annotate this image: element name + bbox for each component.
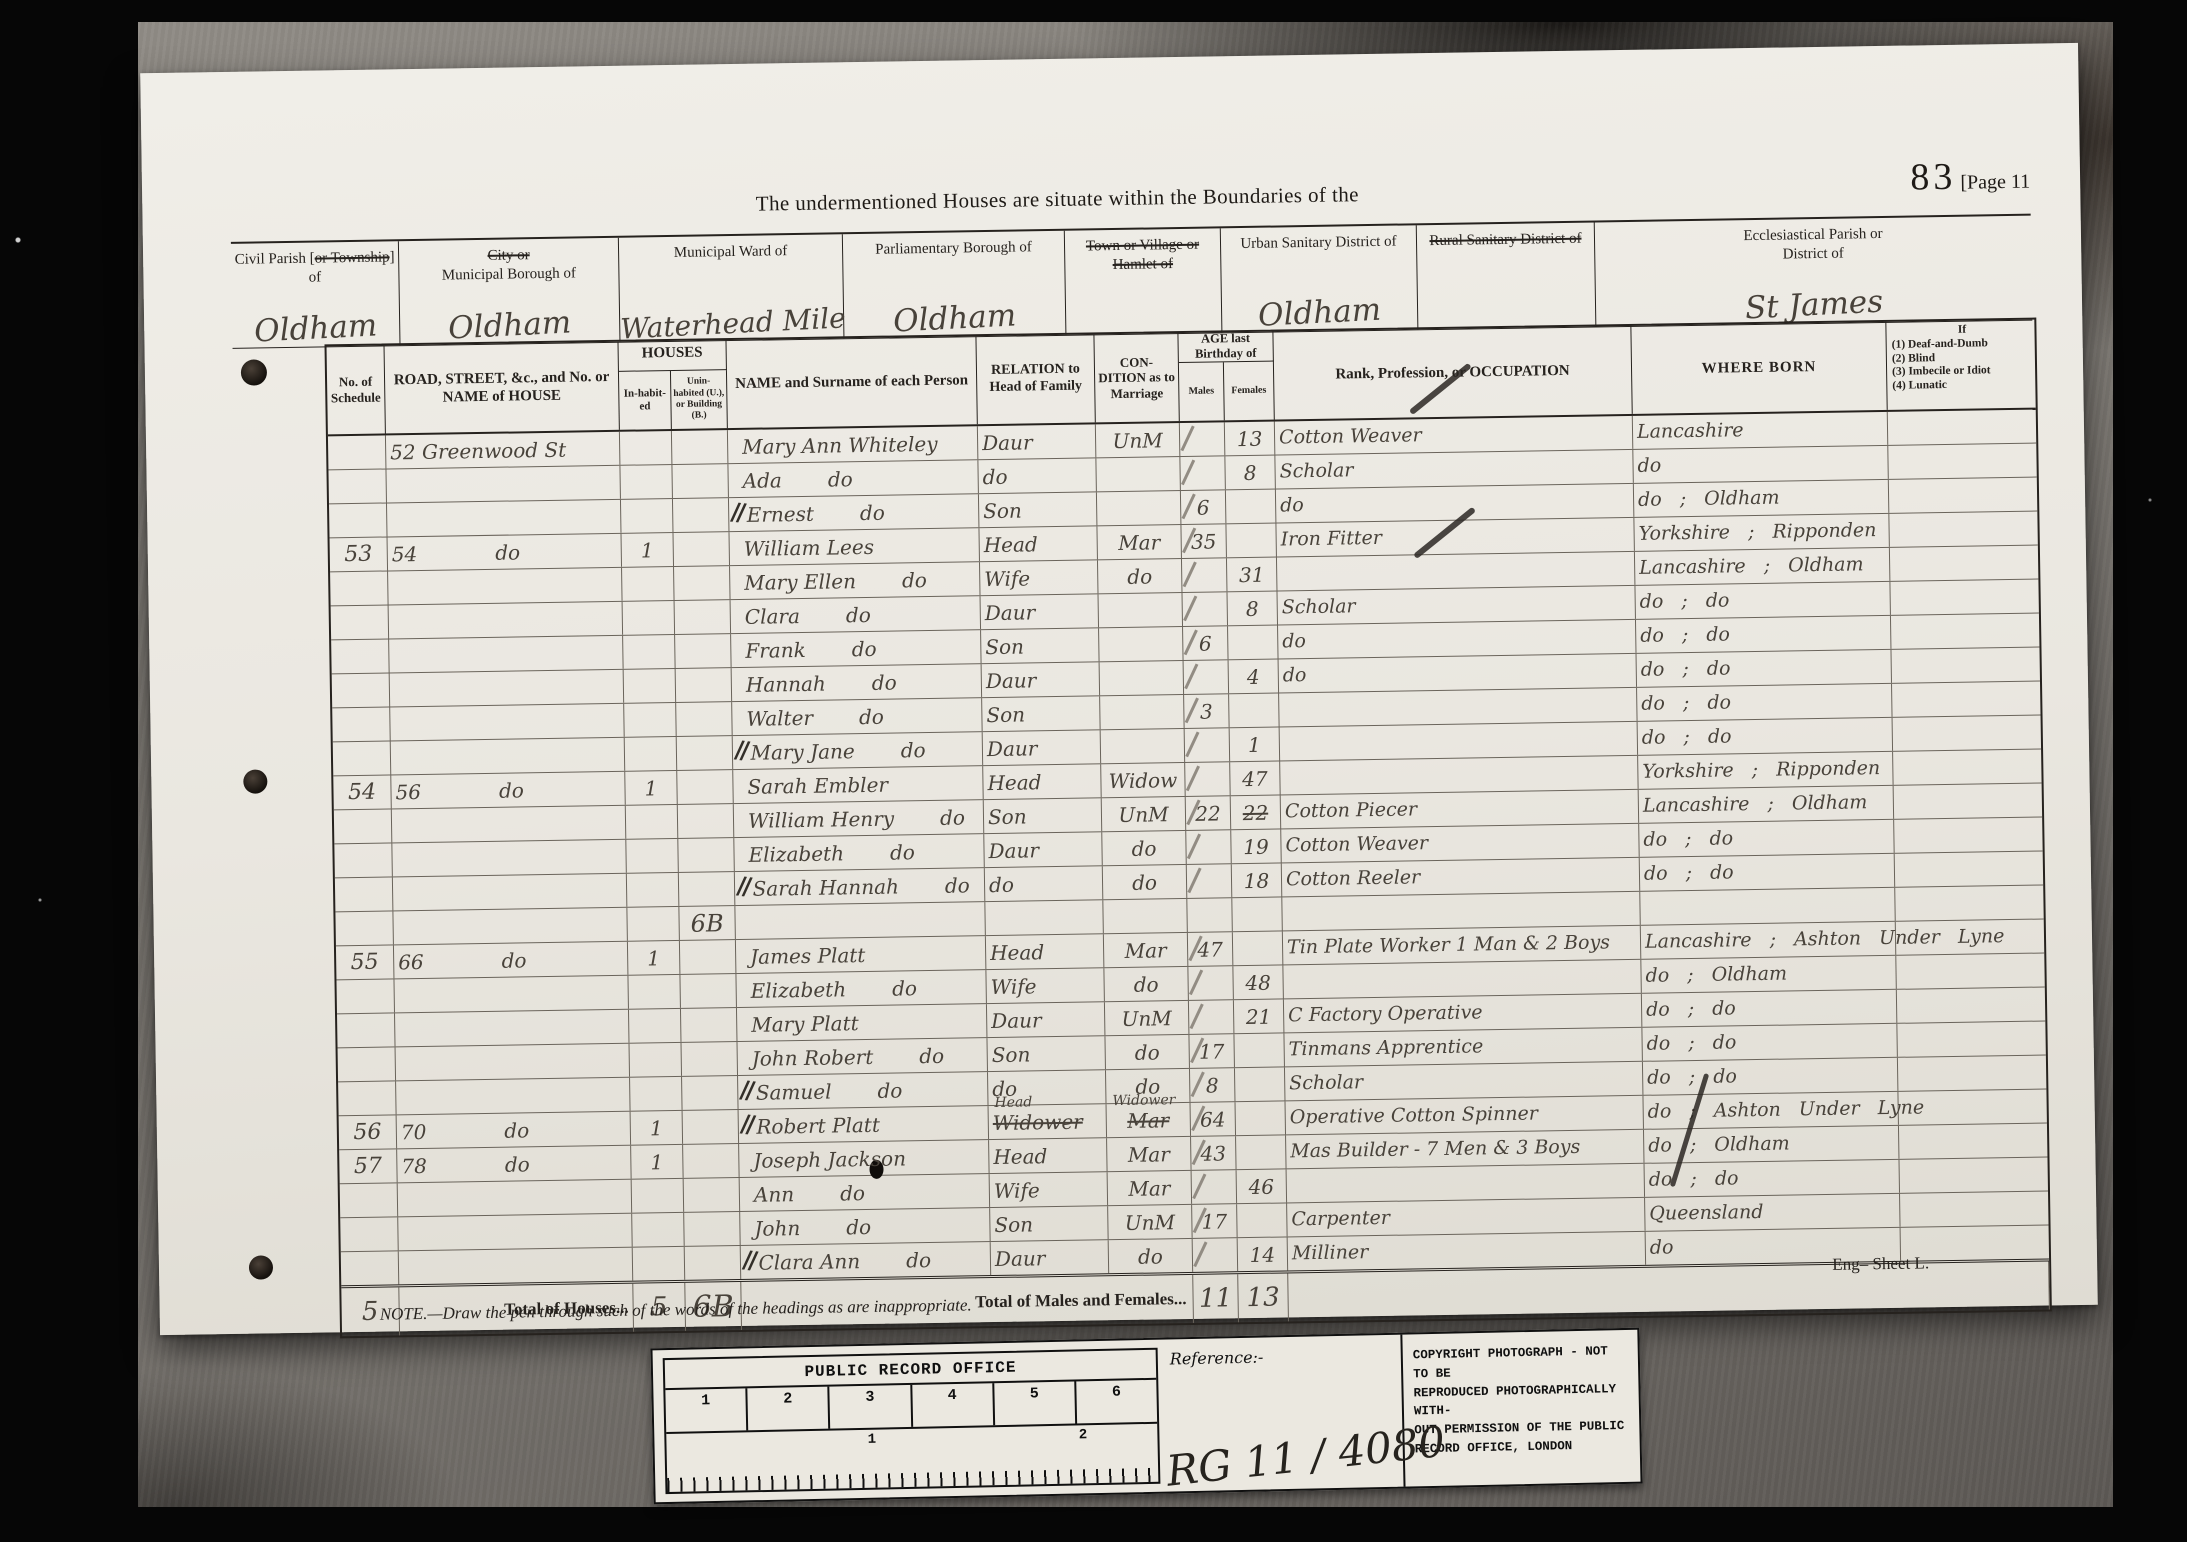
cell-inhabited	[627, 873, 680, 907]
cell-disability	[1899, 1123, 2048, 1158]
cell-schedule	[332, 673, 391, 707]
cell-where-born: do ; do	[1637, 650, 1892, 687]
cell-name: Elizabethdo	[734, 834, 984, 871]
cell-uninhabited	[677, 770, 734, 804]
cell-schedule	[336, 979, 395, 1013]
name-ditto: do	[906, 1250, 931, 1270]
cell-condition: Mar	[1107, 1137, 1192, 1171]
cell-where-born: Queensland	[1645, 1194, 1900, 1231]
cell-name: Joseph Jackson	[739, 1140, 989, 1177]
cell-schedule: 56	[339, 1115, 398, 1149]
cell-occupation: C Factory Operative	[1284, 994, 1642, 1033]
cell-age-male: 17	[1192, 1204, 1238, 1238]
cell-schedule	[328, 435, 387, 469]
cell-age-male	[1193, 1238, 1239, 1272]
road-ditto: do	[505, 1154, 530, 1174]
cell-age-female	[1237, 1203, 1288, 1237]
cell-age-female	[1236, 1101, 1287, 1135]
cell-name: ∕∕Mary Janedo	[733, 732, 983, 769]
cell-disability	[1894, 784, 2043, 819]
cell-inhabited	[627, 907, 680, 941]
cell-name: Adado	[728, 460, 978, 497]
cell-inhabited	[626, 839, 679, 873]
name-ditto: do	[902, 570, 927, 590]
cell-age-female	[1232, 897, 1283, 931]
household-end-mark: ∕∕	[741, 1247, 755, 1272]
cell-schedule	[332, 707, 391, 741]
header-municipal-ward: Municipal Ward of Waterhead Mile	[619, 234, 845, 342]
cell-age-female: 18	[1232, 863, 1283, 897]
col-header-disability: If (1) Deaf-and-Dumb (2) Blind (3) Imbec…	[1886, 320, 2035, 410]
cell-uninhabited	[683, 1110, 740, 1144]
cell-road	[393, 908, 627, 945]
col-header-where-born: WHERE BORN	[1631, 322, 1887, 414]
cell-age-male	[1182, 558, 1228, 592]
cell-age-female: 21	[1234, 999, 1285, 1033]
cell-where-born: do ; do	[1643, 1058, 1898, 1095]
punch-hole	[243, 769, 267, 793]
cell-inhabited: 1	[631, 1145, 684, 1179]
cell-relation: Son	[990, 1206, 1109, 1241]
cell-where-born: do ; do	[1635, 582, 1890, 619]
cell-road	[398, 1214, 632, 1251]
household-end-mark: ∕∕	[739, 1111, 753, 1136]
cell-age-male	[1192, 1170, 1238, 1204]
cell-relation: Head	[989, 1138, 1108, 1173]
cell-relation: Head	[983, 764, 1102, 799]
cell-occupation: Cotton Reeler	[1282, 858, 1640, 897]
cell-age-female	[1235, 1067, 1286, 1101]
cell-relation: Daur	[978, 424, 1097, 459]
cell-uninhabited	[682, 1076, 739, 1110]
ruler-cm-segment: 5	[994, 1381, 1077, 1425]
cell-name: William Henrydo	[734, 800, 984, 837]
cell-name: Walterdo	[732, 698, 982, 735]
corrected-text: Widower	[1112, 1093, 1175, 1108]
cell-age-female	[1228, 625, 1279, 659]
cell-condition: do	[1104, 967, 1189, 1001]
cell-road: 70do	[397, 1112, 631, 1149]
cell-road	[394, 976, 628, 1013]
ruler-cm-segment: 3	[830, 1385, 913, 1429]
cell-inhabited	[625, 737, 678, 771]
cell-road: 54do	[388, 534, 622, 571]
cell-disability	[1895, 852, 2044, 887]
cell-age-male	[1189, 1000, 1235, 1034]
cell-age-male	[1182, 592, 1228, 626]
cell-condition: do	[1103, 865, 1188, 899]
cell-inhabited: 1	[628, 941, 681, 975]
name-ditto: do	[890, 842, 915, 862]
cell-uninhabited	[684, 1178, 741, 1212]
cell-name: Mary Platt	[737, 1004, 987, 1041]
reference-value: RG 11 / 4080	[1164, 1417, 1447, 1496]
cell-occupation: Operative Cotton Spinner	[1285, 1096, 1643, 1135]
cell-occupation	[1283, 960, 1641, 999]
cell-disability	[1899, 1157, 2048, 1192]
col-header-females: Females	[1224, 362, 1275, 421]
cell-relation	[985, 900, 1104, 935]
household-end-mark: ∕∕	[733, 737, 747, 762]
cell-occupation	[1287, 1164, 1645, 1203]
cell-where-born: do ; Oldham	[1634, 480, 1889, 517]
page-title: The undermentioned Houses are situate wi…	[232, 174, 1882, 225]
cell-disability	[1897, 1021, 2046, 1056]
name-ditto: do	[852, 638, 877, 658]
cell-occupation: do	[1279, 654, 1637, 693]
cell-disability	[1893, 750, 2042, 785]
cell-condition	[1097, 491, 1182, 525]
cell-schedule	[329, 503, 388, 537]
cell-age-male	[1184, 660, 1230, 694]
cell-where-born: Lancashire ; Oldham	[1639, 786, 1894, 823]
cell-schedule	[335, 877, 394, 911]
cell-where-born: do ; do	[1636, 616, 1891, 653]
label-part: District of	[1783, 245, 1844, 262]
cell-uninhabited	[681, 1008, 738, 1042]
label-part: Civil Parish [	[235, 251, 315, 268]
cell-disability	[1888, 444, 2037, 479]
cell-schedule	[334, 843, 393, 877]
cell-road	[398, 1180, 632, 1217]
cell-schedule	[328, 469, 387, 503]
cell-uninhabited	[672, 464, 729, 498]
cell-age-female	[1236, 1135, 1287, 1169]
cell-schedule: 54	[333, 775, 392, 809]
cell-name: ∕∕Samueldo	[738, 1072, 988, 1109]
cell-schedule	[333, 741, 392, 775]
cell-schedule: 53	[330, 537, 389, 571]
cell-uninhabited	[678, 804, 735, 838]
cell-relation: Head	[986, 934, 1105, 969]
cell-inhabited	[632, 1213, 685, 1247]
cell-name: Clarado	[731, 596, 981, 633]
cell-age-female: 8	[1227, 591, 1278, 625]
cell-disability	[1898, 1055, 2047, 1090]
cell-disability	[1896, 953, 2045, 988]
cell-relation: Daur	[991, 1240, 1110, 1275]
cell-occupation: Carpenter	[1287, 1198, 1645, 1237]
cell-name: Johndo	[740, 1208, 990, 1245]
census-rows: 52 Greenwood StMary Ann WhiteleyDaurUnM1…	[328, 410, 2049, 1286]
cell-relation: Daur	[981, 594, 1100, 629]
cell-where-born: do ; Oldham	[1641, 956, 1896, 993]
col-header-road: ROAD, STREET, &c., and No. or NAME of HO…	[385, 342, 620, 434]
cell-age-female: 13	[1225, 422, 1276, 456]
cell-uninhabited	[675, 634, 732, 668]
struck-label: Town or Village or	[1086, 237, 1199, 255]
cell-road	[389, 602, 623, 639]
cell-age-male: 64	[1191, 1102, 1237, 1136]
cell-disability	[1888, 410, 2037, 445]
cell-age-female: 31	[1227, 558, 1278, 592]
cell-road	[396, 1044, 630, 1081]
road-ditto: do	[501, 950, 526, 970]
cell-condition: do	[1098, 559, 1183, 593]
cell-schedule	[331, 639, 390, 673]
cell-name: James Platt	[736, 936, 986, 973]
totals-blank	[1288, 1261, 2050, 1321]
cell-condition	[1101, 729, 1186, 763]
cell-inhabited	[626, 805, 679, 839]
cell-occupation	[1277, 552, 1635, 591]
cell-condition: UnM	[1096, 423, 1181, 457]
cell-inhabited	[629, 1009, 682, 1043]
cell-uninhabited	[680, 940, 737, 974]
cell-name: ∕∕Sarah Hannahdo	[735, 868, 985, 905]
total-females-value: 13	[1238, 1273, 1289, 1322]
ruler-cm-segment: 1	[665, 1388, 748, 1432]
cell-schedule	[341, 1251, 400, 1285]
col-header-males: Males	[1179, 362, 1225, 421]
reference-label: Reference:-	[1170, 1348, 1264, 1369]
cell-occupation: Mas Builder - 7 Men & 3 Boys	[1286, 1130, 1644, 1169]
cell-disability	[1895, 886, 2044, 921]
cell-relation: Daur	[987, 1002, 1106, 1037]
struck-label: Hamlet of	[1113, 256, 1174, 273]
cell-relation: Daur	[984, 832, 1103, 867]
name-ditto: do	[945, 875, 970, 895]
cell-uninhabited	[685, 1246, 742, 1280]
cell-age-female: 48	[1233, 965, 1284, 999]
cell-road	[392, 840, 626, 877]
cell-road	[395, 1010, 629, 1047]
cell-name	[735, 902, 985, 939]
cell-age-male: 17	[1189, 1034, 1235, 1068]
name-ditto: do	[901, 740, 926, 760]
cell-inhabited	[632, 1179, 685, 1213]
cell-disability	[1891, 648, 2040, 683]
cell-inhabited	[624, 669, 677, 703]
copyright-line: RECORD OFFICE, LONDON	[1415, 1436, 1630, 1459]
cell-road	[399, 1248, 633, 1285]
cell-schedule	[330, 571, 389, 605]
name-ditto: do	[872, 672, 897, 692]
cell-where-born: do ; do	[1638, 718, 1893, 755]
cell-schedule	[338, 1047, 397, 1081]
cell-age-male: 3	[1184, 694, 1230, 728]
cell-where-born: do ; do	[1642, 990, 1897, 1027]
cell-disability	[1891, 614, 2040, 649]
cell-condition	[1099, 627, 1184, 661]
cell-relation: Wife	[986, 968, 1105, 1003]
cell-where-born: Lancashire	[1633, 412, 1888, 449]
cell-where-born: Lancashire ; Oldham	[1635, 548, 1890, 585]
cell-occupation	[1280, 756, 1638, 795]
header-parliamentary-borough: Parliamentary Borough of Oldham	[843, 231, 1067, 338]
cell-where-born: do ; Ashton Under Lyne	[1643, 1092, 1898, 1129]
cell-age-male: 47	[1188, 932, 1234, 966]
cell-disability	[1897, 987, 2046, 1022]
cell-disability	[1900, 1191, 2049, 1226]
cell-road	[388, 568, 622, 605]
struck-text: 22	[1243, 802, 1269, 822]
cell-road	[392, 806, 626, 843]
cell-road	[387, 500, 621, 537]
cell-schedule	[335, 911, 394, 945]
cell-name: ∕∕Robert Platt	[739, 1106, 989, 1143]
cell-condition	[1100, 695, 1185, 729]
cell-relation: Wife	[990, 1172, 1109, 1207]
cell-age-male: 8	[1190, 1068, 1236, 1102]
cell-disability	[1894, 818, 2043, 853]
cell-condition: WidowerMar	[1107, 1103, 1192, 1137]
cell-name: Hannahdo	[732, 664, 982, 701]
cell-condition: Widow	[1101, 763, 1186, 797]
pro-ruler-box: PUBLIC RECORD OFFICE 123456 1 2	[663, 1348, 1161, 1494]
col-header-inhabited: In-habit-ed	[619, 371, 672, 430]
cell-relation: Son	[984, 798, 1103, 833]
cell-relation: Wife	[980, 560, 1099, 595]
public-record-office-stamp: PUBLIC RECORD OFFICE 123456 1 2 Referenc…	[650, 1328, 1642, 1505]
cell-age-male	[1180, 456, 1226, 490]
name-ditto: do	[892, 978, 917, 998]
punch-hole	[249, 1255, 273, 1279]
cell-occupation: Cotton Weaver	[1275, 416, 1633, 455]
cell-uninhabited	[674, 566, 731, 600]
cell-condition: Mar	[1108, 1171, 1193, 1205]
cell-age-female: 22	[1231, 795, 1282, 829]
cell-road: 66do	[394, 942, 628, 979]
name-ditto: do	[877, 1080, 902, 1100]
cell-schedule	[331, 605, 390, 639]
label-part: Urban Sanitary District of	[1240, 234, 1396, 252]
cell-road: 52 Greenwood St	[386, 432, 620, 469]
cell-disability	[1893, 716, 2042, 751]
header-urban-sanitary: Urban Sanitary District of Oldham	[1221, 225, 1419, 332]
cell-inhabited	[621, 499, 674, 533]
cell-where-born: Yorkshire ; Ripponden	[1634, 514, 1889, 551]
name-ditto: do	[860, 502, 885, 522]
cell-age-female: 8	[1225, 456, 1276, 490]
cell-where-born: do ; do	[1642, 1024, 1897, 1061]
col-header-name: NAME and Surname of each Person	[726, 336, 977, 428]
label-part: Parliamentary Borough of	[875, 239, 1032, 257]
cell-schedule	[340, 1183, 399, 1217]
cell-age-male	[1188, 966, 1234, 1000]
cell-age-female: 19	[1231, 829, 1282, 863]
cell-relation: do	[978, 458, 1097, 493]
cell-uninhabited	[682, 1042, 739, 1076]
cell-inhabited	[622, 567, 675, 601]
cell-age-male: 6	[1183, 626, 1229, 660]
cell-schedule	[338, 1081, 397, 1115]
cell-uninhabited	[673, 498, 730, 532]
cell-relation: Son	[982, 696, 1101, 731]
folio-number: 83	[1910, 156, 1957, 199]
cell-occupation: Cotton Weaver	[1281, 824, 1639, 863]
cell-inhabited	[623, 601, 676, 635]
name-ditto: do	[846, 1216, 871, 1236]
struck-label: Rural Sanitary District of	[1429, 231, 1581, 249]
cell-age-male	[1180, 422, 1226, 456]
cell-uninhabited	[672, 430, 729, 464]
cell-age-female	[1234, 1033, 1285, 1067]
cell-age-female: 1	[1230, 727, 1281, 761]
road-ditto: do	[504, 1120, 529, 1140]
cell-age-male: 35	[1181, 524, 1227, 558]
cell-occupation	[1279, 688, 1637, 727]
cell-age-female	[1229, 693, 1280, 727]
cell-road	[389, 636, 623, 673]
cell-disability	[1892, 682, 2041, 717]
cell-age-female: 47	[1230, 761, 1281, 795]
cell-name: Mary Ann Whiteley	[728, 426, 978, 463]
cell-age-male	[1187, 898, 1233, 932]
cell-name: Anndo	[740, 1174, 990, 1211]
cell-age-female	[1226, 490, 1277, 524]
name-ditto: do	[859, 706, 884, 726]
cell-where-born	[1640, 888, 1895, 925]
road-ditto: do	[495, 542, 520, 562]
cell-where-born: do ; do	[1637, 684, 1892, 721]
cell-disability	[1898, 1089, 2047, 1124]
census-table: No. of Schedule ROAD, STREET, &c., and N…	[324, 318, 2051, 1339]
cell-schedule	[337, 1013, 396, 1047]
sheet-label: Eng– Sheet L.	[1832, 1253, 1929, 1275]
cell-relation: Son	[987, 1036, 1106, 1071]
col-header-schedule: No. of Schedule	[327, 345, 386, 434]
cell-condition: Mar	[1104, 933, 1189, 967]
cell-where-born: do ; do	[1640, 854, 1895, 891]
cell-inhabited: 1	[625, 771, 678, 805]
name-ditto: do	[828, 469, 853, 489]
cell-inhabited: 1	[631, 1111, 684, 1145]
cell-occupation: Milliner	[1288, 1232, 1646, 1271]
cell-road: 78do	[397, 1146, 631, 1183]
cell-disability	[1896, 920, 2045, 955]
cell-name: William Lees	[729, 528, 979, 565]
disability-line: (4) Lunatic	[1892, 378, 2033, 394]
cell-schedule	[334, 809, 393, 843]
cell-age-male: 43	[1191, 1136, 1237, 1170]
cell-road	[390, 670, 624, 707]
cell-occupation: Scholar	[1285, 1062, 1643, 1101]
cell-occupation: do	[1278, 620, 1636, 659]
cell-uninhabited	[680, 974, 737, 1008]
col-header-age: AGE last Birthday of	[1178, 332, 1273, 363]
cell-road	[386, 466, 620, 503]
corrected-text: Head	[994, 1095, 1032, 1110]
cell-occupation	[1282, 892, 1640, 931]
cell-relation: do	[985, 866, 1104, 901]
cell-inhabited	[623, 635, 676, 669]
cell-age-female: 46	[1237, 1169, 1288, 1203]
household-end-mark: ∕∕	[736, 873, 750, 898]
cell-inhabited	[620, 431, 673, 465]
cell-age-male: 22	[1186, 796, 1232, 830]
cell-inhabited	[620, 465, 673, 499]
cell-relation: Son	[981, 628, 1100, 663]
cell-age-female	[1233, 931, 1284, 965]
census-page: The undermentioned Houses are situate wi…	[140, 43, 2098, 1335]
cell-age-male	[1185, 728, 1231, 762]
cell-occupation: Tinmans Apprentice	[1284, 1028, 1642, 1067]
page-number: 83 [Page 11	[1910, 154, 2030, 200]
cell-schedule	[340, 1217, 399, 1251]
cell-name: Sarah Embler	[733, 766, 983, 803]
cell-uninhabited	[673, 532, 730, 566]
header-town-village: Town or Village orHamlet of	[1065, 228, 1223, 334]
cell-disability	[1889, 478, 2038, 513]
road-ditto: do	[499, 780, 524, 800]
cell-condition	[1103, 899, 1188, 933]
cell-uninhabited	[684, 1212, 741, 1246]
cell-relation: Head	[979, 526, 1098, 561]
cell-road: 56do	[391, 772, 625, 809]
cell-relation: Son	[979, 492, 1098, 527]
cell-relation: HeadWidower	[989, 1104, 1108, 1139]
